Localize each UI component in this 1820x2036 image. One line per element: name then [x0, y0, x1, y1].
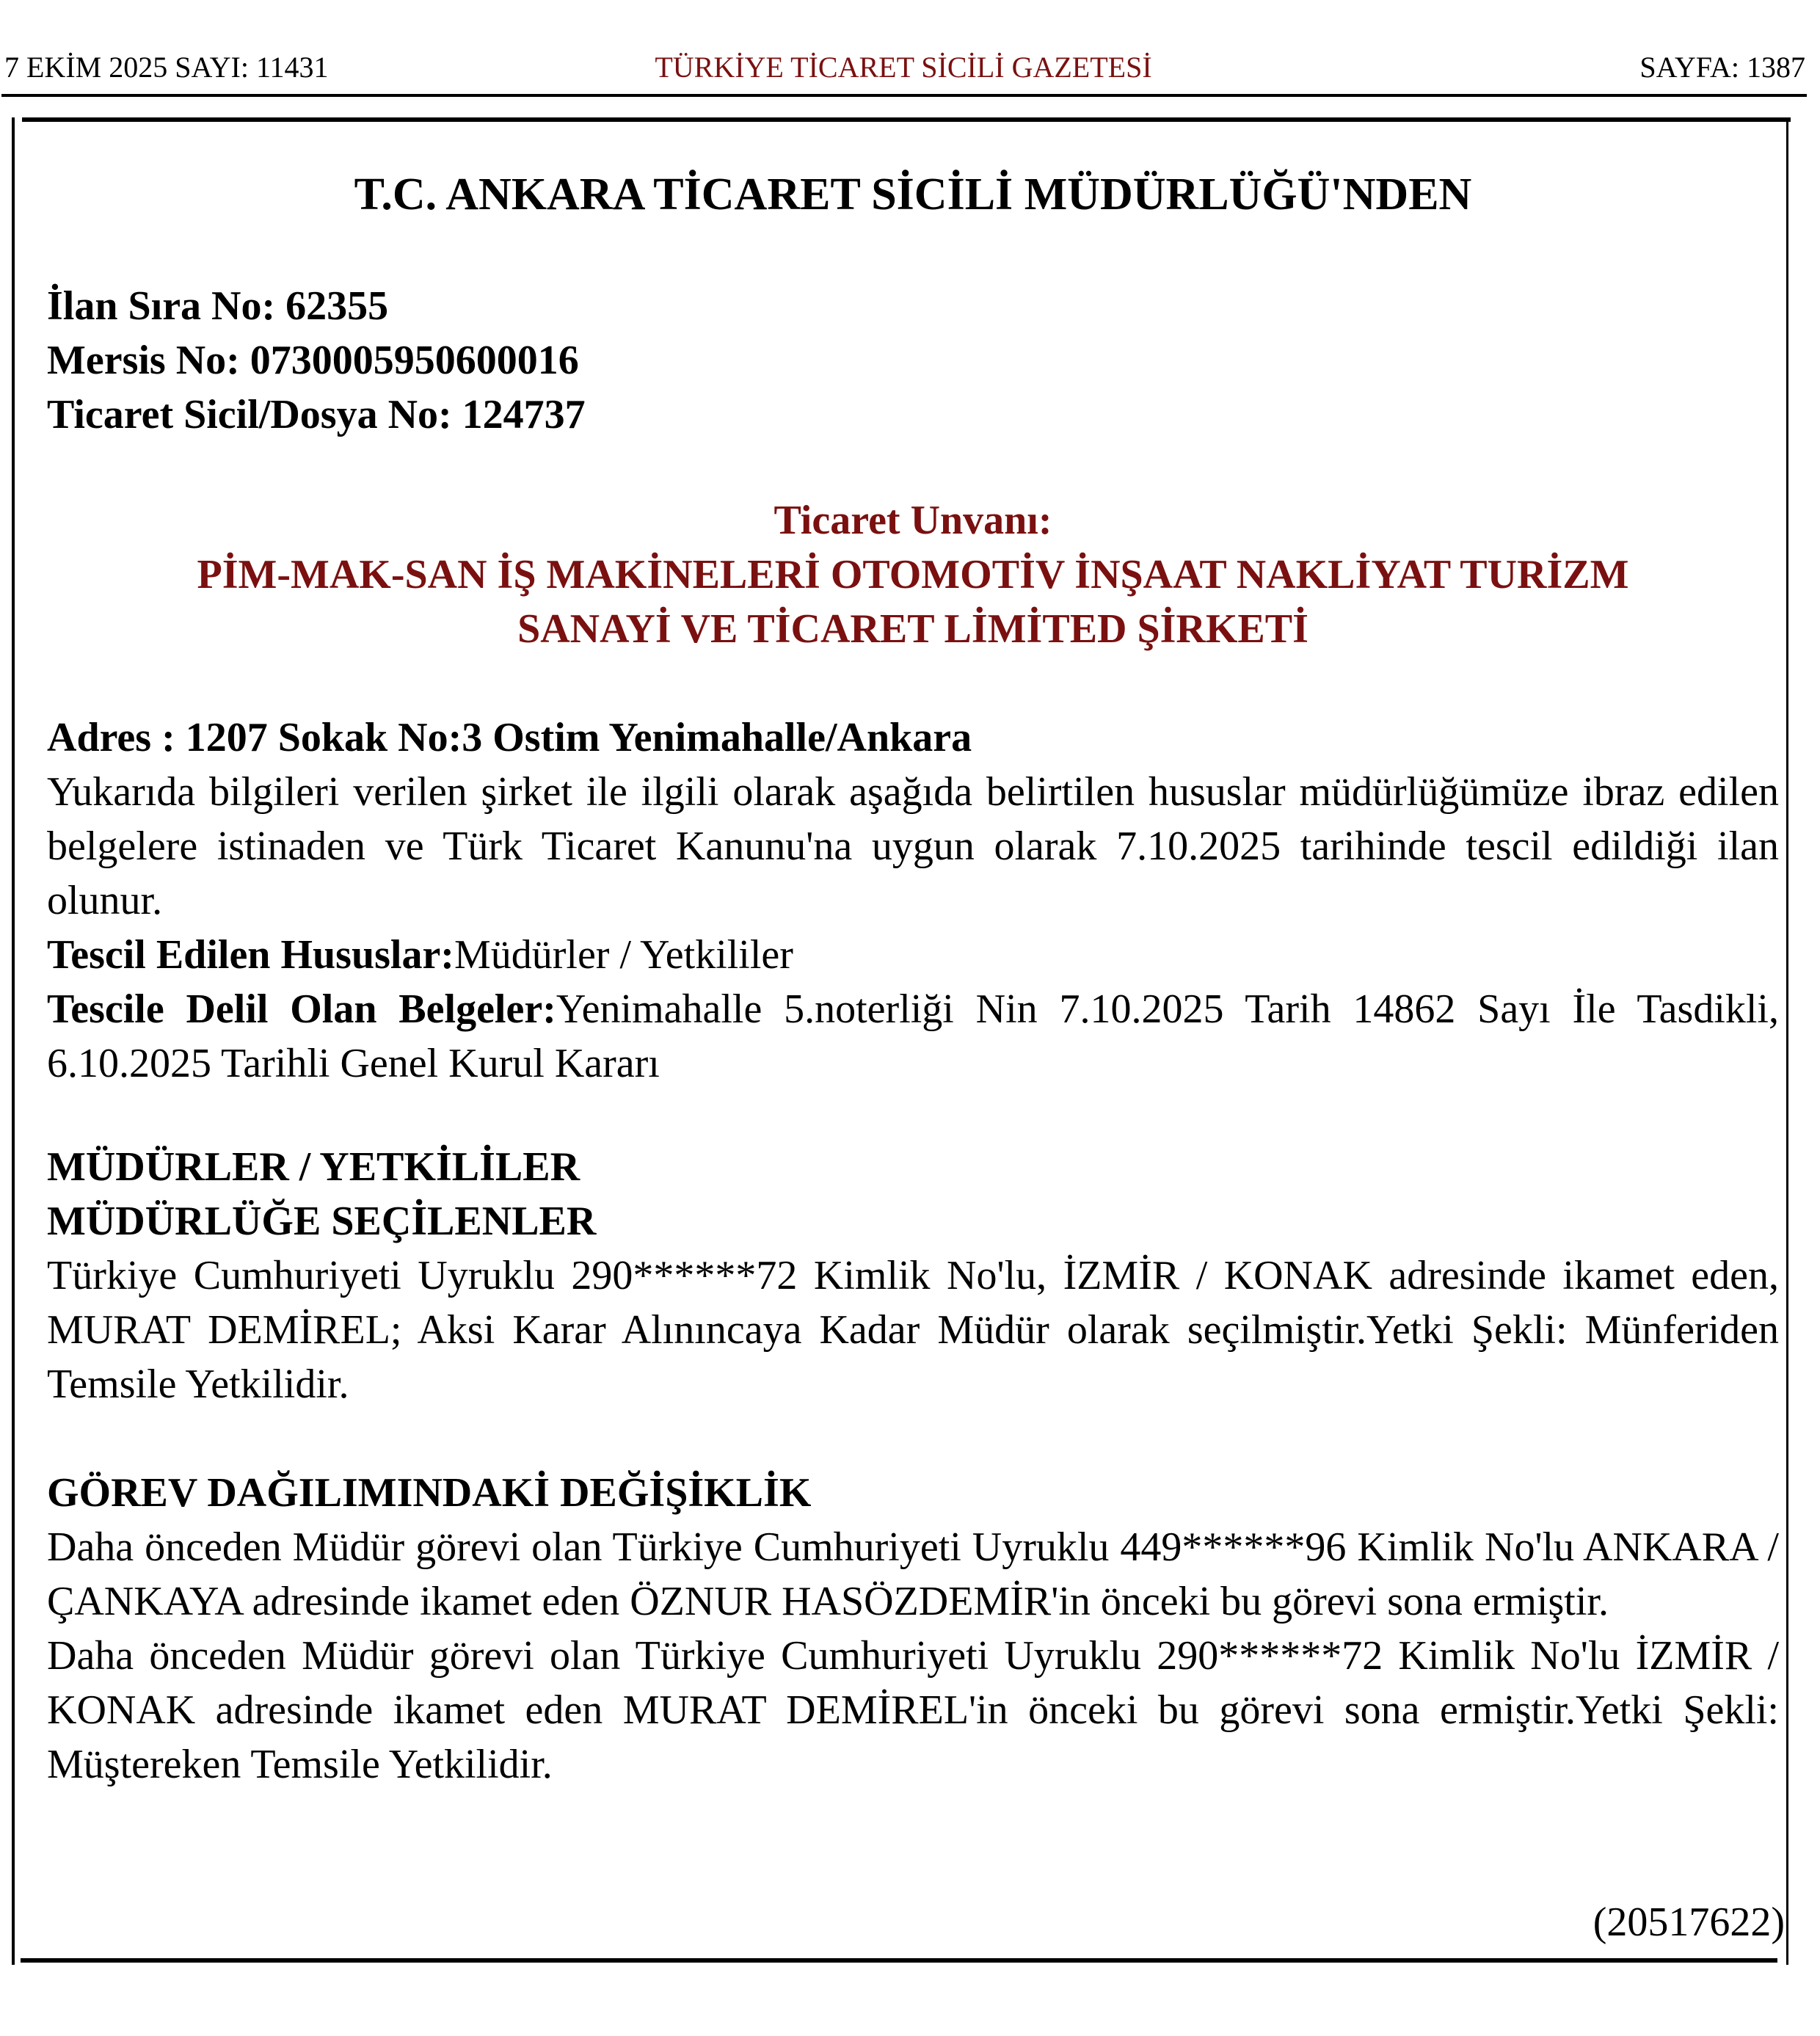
intro-text: Yukarıda bilgileri verilen şirket ile il… — [47, 765, 1779, 928]
trade-name-block: Ticaret Unvanı: PİM-MAK-SAN İŞ MAKİNELER… — [47, 493, 1779, 656]
notice-box-bottom-border — [21, 1958, 1777, 1963]
evidence-documents: Tescile Delil Olan Belgeler:Yenimahalle … — [47, 982, 1779, 1091]
sicil-no: Ticaret Sicil/Dosya No: 124737 — [47, 388, 586, 442]
managers-section: MÜDÜRLER / YETKİLİLER MÜDÜRLÜĞE SEÇİLENL… — [47, 1140, 1779, 1411]
company-address: Adres : 1207 Sokak No:3 Ostim Yenimahall… — [47, 710, 1779, 765]
notice-box-right-border — [1786, 117, 1788, 1965]
trade-name-line-2: SANAYİ VE TİCARET LİMİTED ŞİRKETİ — [47, 602, 1779, 656]
ilan-sira-no: İlan Sıra No: 62355 — [47, 279, 586, 333]
notice-title: T.C. ANKARA TİCARET SİCİLİ MÜDÜRLÜĞÜ'NDE… — [47, 167, 1779, 222]
registry-info: İlan Sıra No: 62355 Mersis No: 073000595… — [47, 279, 586, 442]
registered-value: Müdürler / Yetkililer — [454, 932, 793, 978]
duty-change-text-1: Daha önceden Müdür görevi olan Türkiye C… — [47, 1520, 1779, 1629]
gazette-header: 7 EKİM 2025 SAYI: 11431 TÜRKİYE TİCARET … — [0, 46, 1807, 90]
notice-box-left-border — [12, 117, 15, 1965]
managers-heading: MÜDÜRLER / YETKİLİLER — [47, 1140, 1779, 1194]
elected-heading: MÜDÜRLÜĞE SEÇİLENLER — [47, 1194, 1779, 1248]
trade-name-label: Ticaret Unvanı: — [47, 493, 1779, 548]
duty-change-heading: GÖREV DAĞILIMINDAKİ DEĞİŞİKLİK — [47, 1466, 1779, 1520]
publication-name: TÜRKİYE TİCARET SİCİLİ GAZETESİ — [0, 46, 1807, 90]
trade-name-line-1: PİM-MAK-SAN İŞ MAKİNELERİ OTOMOTİV İNŞAA… — [47, 548, 1779, 602]
mersis-no: Mersis No: 0730005950600016 — [47, 333, 586, 388]
header-rule — [1, 94, 1807, 97]
reference-number: (20517622) — [1593, 1895, 1785, 1949]
notice-box-top-border — [22, 117, 1791, 122]
duty-change-section: GÖREV DAĞILIMINDAKİ DEĞİŞİKLİK Daha önce… — [47, 1466, 1779, 1792]
registration-section: Adres : 1207 Sokak No:3 Ostim Yenimahall… — [47, 710, 1779, 1091]
registered-label: Tescil Edilen Hususlar: — [47, 932, 454, 978]
registered-matters: Tescil Edilen Hususlar:Müdürler / Yetkil… — [47, 928, 1779, 982]
evidence-label: Tescile Delil Olan Belgeler: — [47, 986, 556, 1032]
duty-change-text-2: Daha önceden Müdür görevi olan Türkiye C… — [47, 1629, 1779, 1792]
elected-text: Türkiye Cumhuriyeti Uyruklu 290******72 … — [47, 1248, 1779, 1411]
page-number: SAYFA: 1387 — [1639, 46, 1805, 90]
